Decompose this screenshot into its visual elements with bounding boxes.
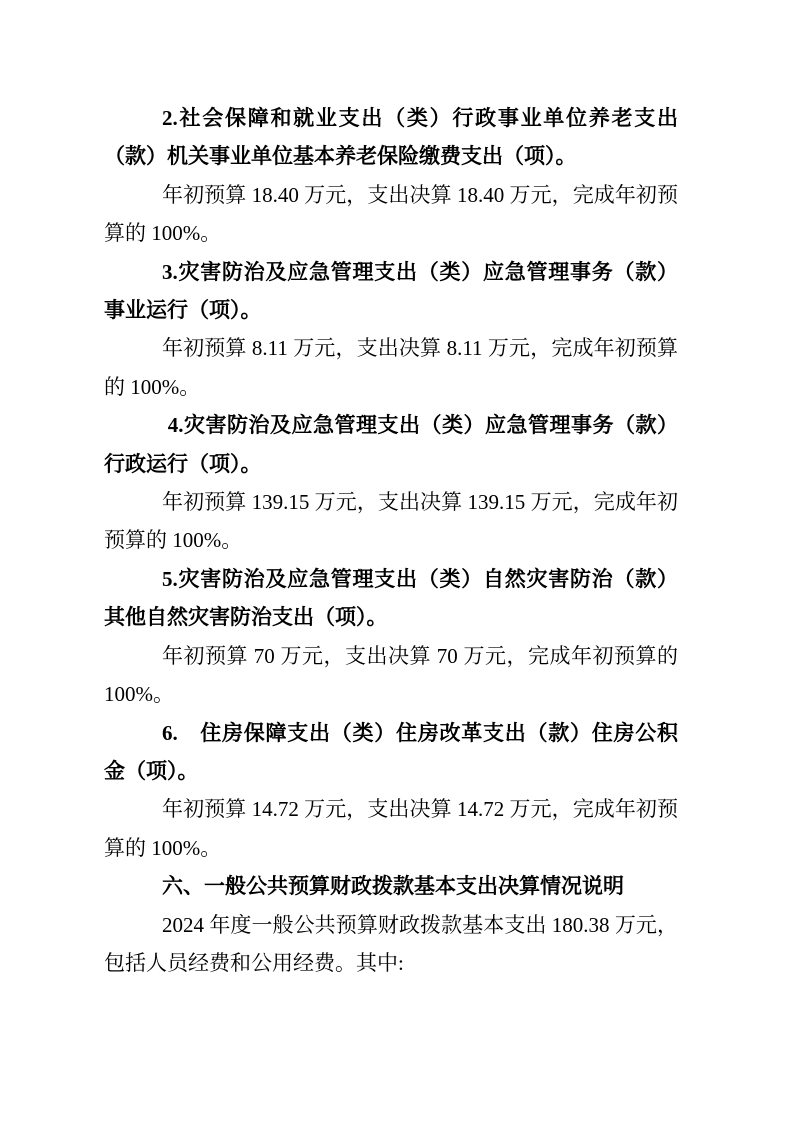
- body-paragraph: 年初预算 70 万元，支出决算 70 万元，完成年初预算的 100%。: [104, 637, 678, 714]
- section-heading: 5.灾害防治及应急管理支出（类）自然灾害防治（款）其他自然灾害防治支出（项）。: [104, 560, 678, 637]
- document-page: 2.社会保障和就业支出（类）行政事业单位养老支出（款）机关事业单位基本养老保险缴…: [0, 0, 793, 1122]
- section-heading: 3.灾害防治及应急管理支出（类）应急管理事务（款）事业运行（项）。: [104, 253, 678, 330]
- body-paragraph: 2024 年度一般公共预算财政拨款基本支出 180.38 万元，包括人员经费和公…: [104, 906, 678, 983]
- body-paragraph: 年初预算 8.11 万元，支出决算 8.11 万元，完成年初预算的 100%。: [104, 329, 678, 406]
- body-paragraph: 年初预算 14.72 万元，支出决算 14.72 万元，完成年初预算的 100%…: [104, 790, 678, 867]
- section-heading: 2.社会保障和就业支出（类）行政事业单位养老支出（款）机关事业单位基本养老保险缴…: [104, 99, 678, 176]
- section-heading: 4.灾害防治及应急管理支出（类）应急管理事务（款）行政运行（项）。: [104, 406, 678, 483]
- document-content: 2.社会保障和就业支出（类）行政事业单位养老支出（款）机关事业单位基本养老保险缴…: [104, 99, 678, 982]
- section-heading: 6. 住房保障支出（类）住房改革支出（款）住房公积金（项）。: [104, 714, 678, 791]
- body-paragraph: 年初预算 18.40 万元，支出决算 18.40 万元，完成年初预算的 100%…: [104, 176, 678, 253]
- body-paragraph: 年初预算 139.15 万元，支出决算 139.15 万元，完成年初预算的 10…: [104, 483, 678, 560]
- section-heading: 六、一般公共预算财政拨款基本支出决算情况说明: [104, 867, 678, 905]
